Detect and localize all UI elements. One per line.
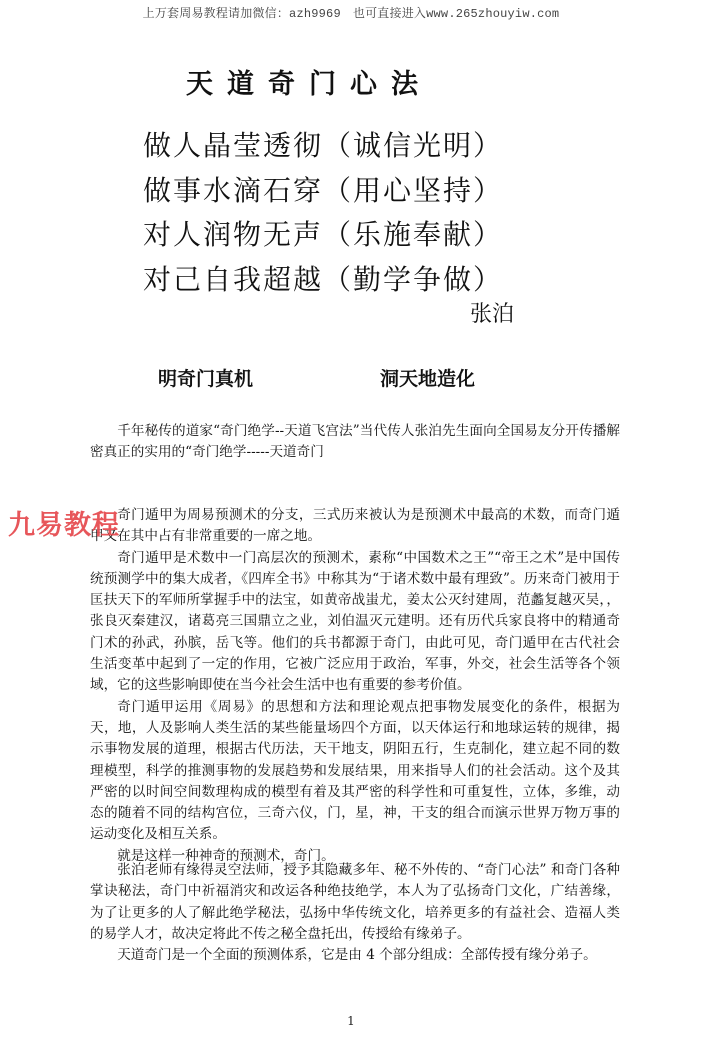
motto-line: 做事水滴石穿（用心坚持） — [143, 169, 503, 209]
body-paragraph: 奇门遁甲是术数中一门高层次的预测术，素称“中国数术之王”“帝王之术”是中国传统预… — [90, 548, 620, 697]
page-number: 1 — [0, 1014, 702, 1028]
main-section: 奇门遁甲为周易预测术的分支，三式历来被认为是预测术中最高的术数，而奇门遁甲又在其… — [90, 505, 620, 867]
intro-paragraph: 千年秘传的道家“奇门绝学--天道飞宫法”当代传人张泊先生面向全国易友分开传播解密… — [90, 421, 620, 464]
body-paragraph: 奇门遁甲运用《周易》的思想和方法和理论观点把事物发展变化的条件，根据为天，地，人… — [90, 697, 620, 846]
body-paragraph: 奇门遁甲为周易预测术的分支，三式历来被认为是预测术中最高的术数，而奇门遁甲又在其… — [90, 505, 620, 548]
motto-line: 对人润物无声（乐施奉献） — [143, 213, 503, 253]
intro-section: 千年秘传的道家“奇门绝学--天道飞宫法”当代传人张泊先生面向全国易友分开传播解密… — [90, 421, 620, 464]
author-signature: 张泊 — [470, 297, 514, 328]
closing-section: 张泊老师有缘得灵空法师，授予其隐藏多年、秘不外传的、“奇门心法” 和奇门各种掌诀… — [90, 860, 620, 966]
watermark-logo: 九易教程 — [8, 503, 120, 542]
document-title: 天道奇门心法 — [186, 62, 432, 101]
slogan-left: 明奇门真机 — [158, 364, 253, 391]
body-paragraph: 张泊老师有缘得灵空法师，授予其隐藏多年、秘不外传的、“奇门心法” 和奇门各种掌诀… — [90, 860, 620, 945]
header-promo-note: 上万套周易教程请加微信：azh9969 也可直接进入www.265zhouyiw… — [0, 4, 702, 21]
motto-line: 做人晶莹透彻（诚信光明） — [143, 124, 503, 164]
header-note-prefix: 上万套周易教程请加微信： — [143, 6, 289, 20]
slogan-right: 洞天地造化 — [380, 364, 475, 391]
header-note-wechat: azh9969 — [289, 7, 341, 21]
body-paragraph: 天道奇门是一个全面的预测体系，它是由 4 个部分组成：全部传授有缘分弟子。 — [90, 945, 620, 966]
header-note-site-link[interactable]: www.265zhouyiw.com — [426, 7, 559, 21]
motto-line: 对己自我超越（勤学争做） — [143, 258, 503, 298]
header-note-middle: 也可直接进入 — [353, 6, 426, 20]
